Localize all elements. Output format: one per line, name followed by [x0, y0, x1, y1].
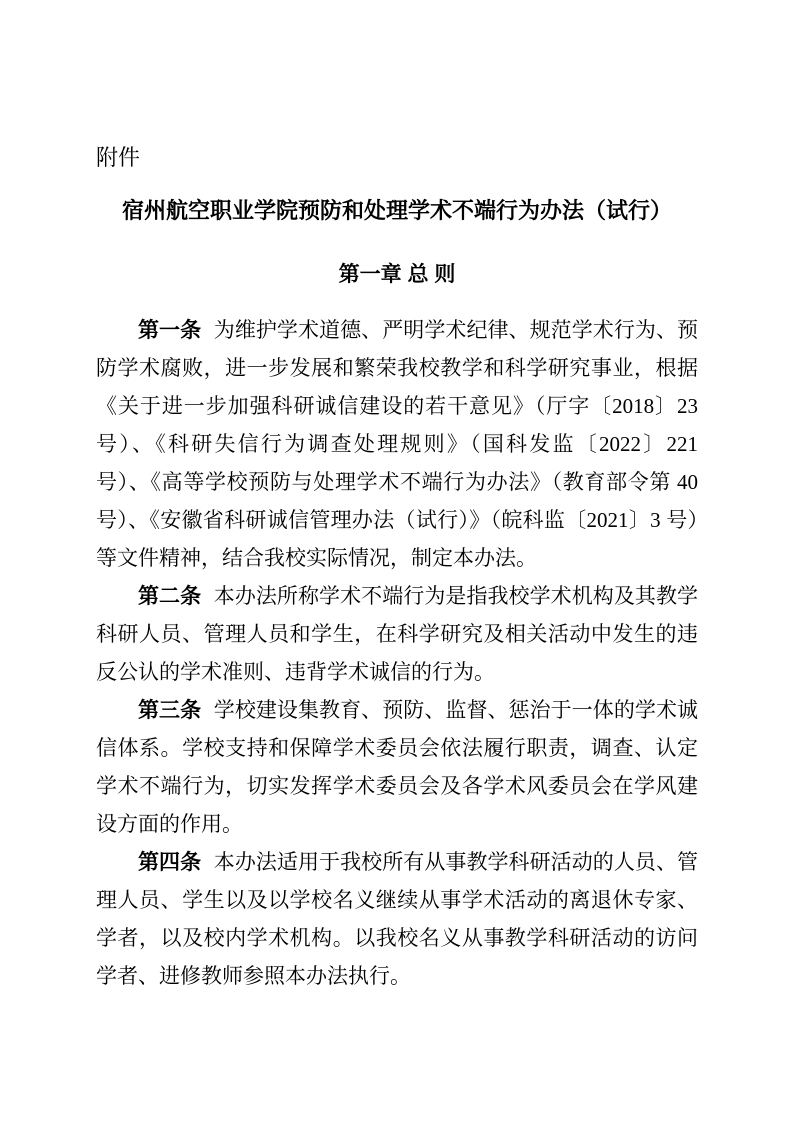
document-page: 附件 宿州航空职业学院预防和处理学术不端行为办法（试行） 第一章 总 则 第一条… — [0, 0, 793, 1122]
attachment-label: 附件 — [96, 146, 698, 170]
paragraph-article-2: 第二条本办法所称学术不端行为是指我校学术机构及其教学科研人员、管理人员和学生，在… — [96, 577, 698, 691]
paragraph-article-4: 第四条本办法适用于我校所有从事教学科研活动的人员、管理人员、学生以及以学校名义继… — [96, 843, 698, 995]
paragraph-article-3: 第三条学校建设集教育、预防、监督、惩治于一体的学术诚信体系。学校支持和保障学术委… — [96, 691, 698, 843]
article-2-label: 第二条 — [138, 584, 201, 608]
article-1-text: 为维护学术道德、严明学术纪律、规范学术行为、预防学术腐败，进一步发展和繁荣我校教… — [96, 318, 698, 570]
paragraph-article-1: 第一条为维护学术道德、严明学术纪律、规范学术行为、预防学术腐败，进一步发展和繁荣… — [96, 311, 698, 577]
article-1-label: 第一条 — [138, 318, 201, 342]
article-3-label: 第三条 — [138, 698, 201, 722]
document-body: 第一条为维护学术道德、严明学术纪律、规范学术行为、预防学术腐败，进一步发展和繁荣… — [96, 311, 698, 995]
chapter-heading: 第一章 总 则 — [96, 262, 698, 288]
article-4-label: 第四条 — [138, 850, 201, 874]
document-title: 宿州航空职业学院预防和处理学术不端行为办法（试行） — [96, 198, 698, 224]
